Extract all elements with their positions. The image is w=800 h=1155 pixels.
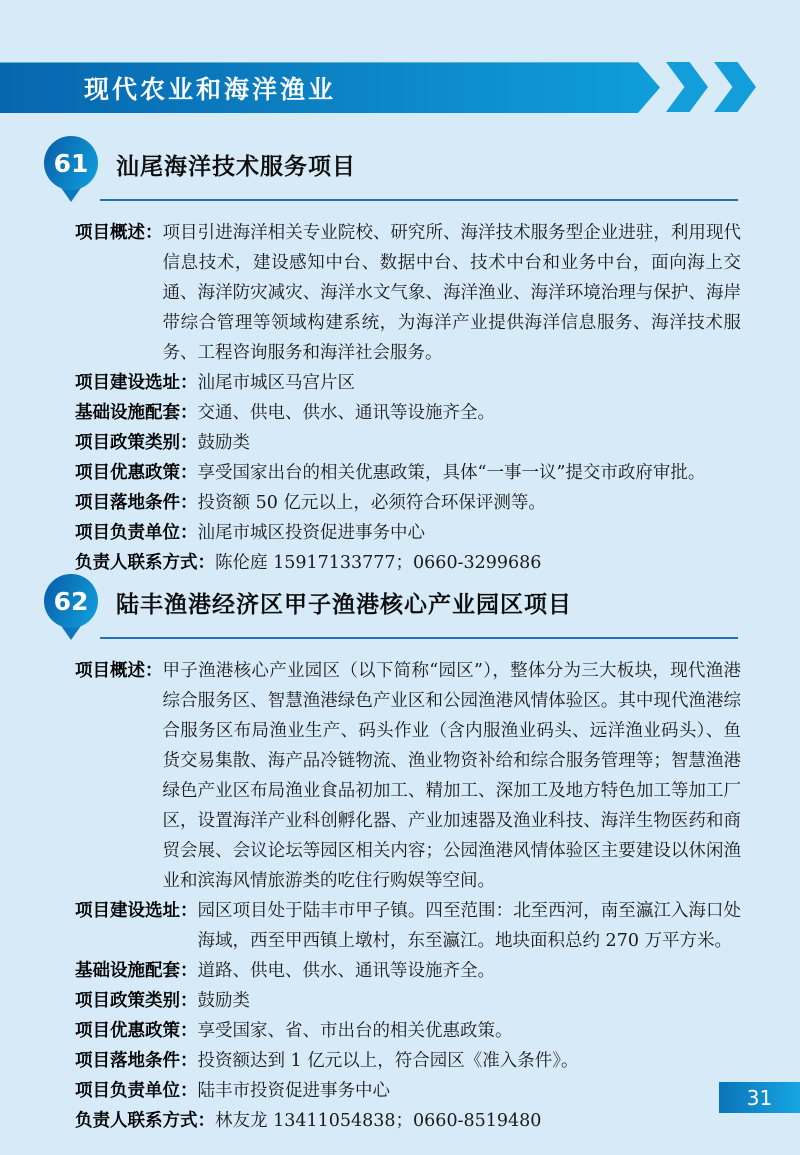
field-value: 鼓励类	[198, 986, 742, 1016]
field-row-conditions: 项目落地条件： 投资额达到 1 亿元以上，符合园区《准入条件》。	[75, 1046, 741, 1076]
field-row-responsible-unit: 项目负责单位： 汕尾市城区投资促进事务中心	[75, 518, 741, 548]
project-fields: 项目概述： 项目引进海洋相关专业院校、研究所、海洋技术服务型企业进驻，利用现代信…	[75, 218, 741, 578]
banner-chevrons	[666, 62, 762, 112]
map-pin-badge: 61	[44, 136, 98, 206]
field-row-overview: 项目概述： 项目引进海洋相关专业院校、研究所、海洋技术服务型企业进驻，利用现代信…	[75, 218, 741, 368]
page-number-badge: 31	[719, 1082, 800, 1113]
field-value: 交通、供电、供水、通讯等设施齐全。	[198, 398, 742, 428]
field-label: 项目优惠政策：	[75, 1016, 198, 1046]
field-value: 汕尾市城区马宫片区	[198, 368, 742, 398]
map-pin-badge: 62	[44, 574, 98, 644]
field-row-incentives: 项目优惠政策： 享受国家、省、市出台的相关优惠政策。	[75, 1016, 741, 1046]
section-banner: 现代农业和海洋渔业	[0, 62, 800, 112]
project-title: 汕尾海洋技术服务项目	[116, 148, 356, 181]
project-number: 61	[44, 136, 98, 190]
field-label: 项目政策类别：	[75, 986, 198, 1016]
field-row-policy-category: 项目政策类别： 鼓励类	[75, 428, 741, 458]
field-value: 林友龙 13411054838；0660-8519480	[215, 1106, 741, 1136]
field-value: 道路、供电、供水、通讯等设施齐全。	[198, 956, 742, 986]
project-number: 62	[44, 574, 98, 628]
field-value: 项目引进海洋相关专业院校、研究所、海洋技术服务型企业进驻，利用现代信息技术，建设…	[163, 218, 742, 368]
field-value: 享受国家出台的相关优惠政策，具体“一事一议”提交市政府审批。	[198, 458, 742, 488]
project-header: 61 汕尾海洋技术服务项目	[44, 136, 756, 206]
field-row-infrastructure: 基础设施配套： 道路、供电、供水、通讯等设施齐全。	[75, 956, 741, 986]
section-title: 现代农业和海洋渔业	[0, 70, 336, 106]
document-page: 现代农业和海洋渔业 61 汕尾海洋技术服务项目 项目概述： 项目引进海洋相关专业…	[0, 0, 800, 1155]
section-banner-bar: 现代农业和海洋渔业	[0, 62, 660, 113]
field-label: 负责人联系方式：	[75, 1106, 215, 1136]
field-value: 陆丰市投资促进事务中心	[198, 1076, 742, 1106]
field-row-infrastructure: 基础设施配套： 交通、供电、供水、通讯等设施齐全。	[75, 398, 741, 428]
field-value: 投资额 50 亿元以上，必须符合环保评测等。	[198, 488, 742, 518]
project-title: 陆丰渔港经济区甲子渔港核心产业园区项目	[116, 586, 572, 619]
field-label: 项目落地条件：	[75, 488, 198, 518]
project-block-61: 61 汕尾海洋技术服务项目 项目概述： 项目引进海洋相关专业院校、研究所、海洋技…	[44, 136, 756, 578]
field-label: 项目落地条件：	[75, 1046, 198, 1076]
field-row-responsible-unit: 项目负责单位： 陆丰市投资促进事务中心	[75, 1076, 741, 1106]
field-value: 鼓励类	[198, 428, 742, 458]
field-row-incentives: 项目优惠政策： 享受国家出台的相关优惠政策，具体“一事一议”提交市政府审批。	[75, 458, 741, 488]
field-value: 汕尾市城区投资促进事务中心	[198, 518, 742, 548]
field-value: 园区项目处于陆丰市甲子镇。四至范围：北至西河，南至瀛江入海口处海域，西至甲西镇上…	[198, 896, 742, 956]
field-row-contact: 负责人联系方式： 林友龙 13411054838；0660-8519480	[75, 1106, 741, 1136]
project-fields: 项目概述： 甲子渔港核心产业园区（以下简称“园区”），整体分为三大板块，现代渔港…	[75, 656, 741, 1136]
page-number-text: 31	[747, 1086, 772, 1110]
field-label: 项目概述：	[75, 218, 163, 368]
field-value: 投资额达到 1 亿元以上，符合园区《准入条件》。	[198, 1046, 742, 1076]
field-label: 项目负责单位：	[75, 518, 198, 548]
project-block-62: 62 陆丰渔港经济区甲子渔港核心产业园区项目 项目概述： 甲子渔港核心产业园区（…	[44, 574, 756, 1136]
chevron-right-icon	[666, 62, 708, 112]
field-label: 项目政策类别：	[75, 428, 198, 458]
field-row-location: 项目建设选址： 汕尾市城区马宫片区	[75, 368, 741, 398]
field-value: 甲子渔港核心产业园区（以下简称“园区”），整体分为三大板块，现代渔港综合服务区、…	[163, 656, 742, 896]
field-label: 基础设施配套：	[75, 956, 198, 986]
project-header: 62 陆丰渔港经济区甲子渔港核心产业园区项目	[44, 574, 756, 644]
title-underline	[100, 637, 738, 639]
field-value: 享受国家、省、市出台的相关优惠政策。	[198, 1016, 742, 1046]
field-label: 项目建设选址：	[75, 896, 198, 956]
field-label: 项目建设选址：	[75, 368, 198, 398]
field-row-location: 项目建设选址： 园区项目处于陆丰市甲子镇。四至范围：北至西河，南至瀛江入海口处海…	[75, 896, 741, 956]
title-underline	[100, 199, 738, 201]
field-row-overview: 项目概述： 甲子渔港核心产业园区（以下简称“园区”），整体分为三大板块，现代渔港…	[75, 656, 741, 896]
chevron-right-icon	[714, 62, 756, 112]
field-label: 基础设施配套：	[75, 398, 198, 428]
field-label: 项目概述：	[75, 656, 163, 896]
field-label: 项目优惠政策：	[75, 458, 198, 488]
field-label: 项目负责单位：	[75, 1076, 198, 1106]
field-row-conditions: 项目落地条件： 投资额 50 亿元以上，必须符合环保评测等。	[75, 488, 741, 518]
field-row-policy-category: 项目政策类别： 鼓励类	[75, 986, 741, 1016]
